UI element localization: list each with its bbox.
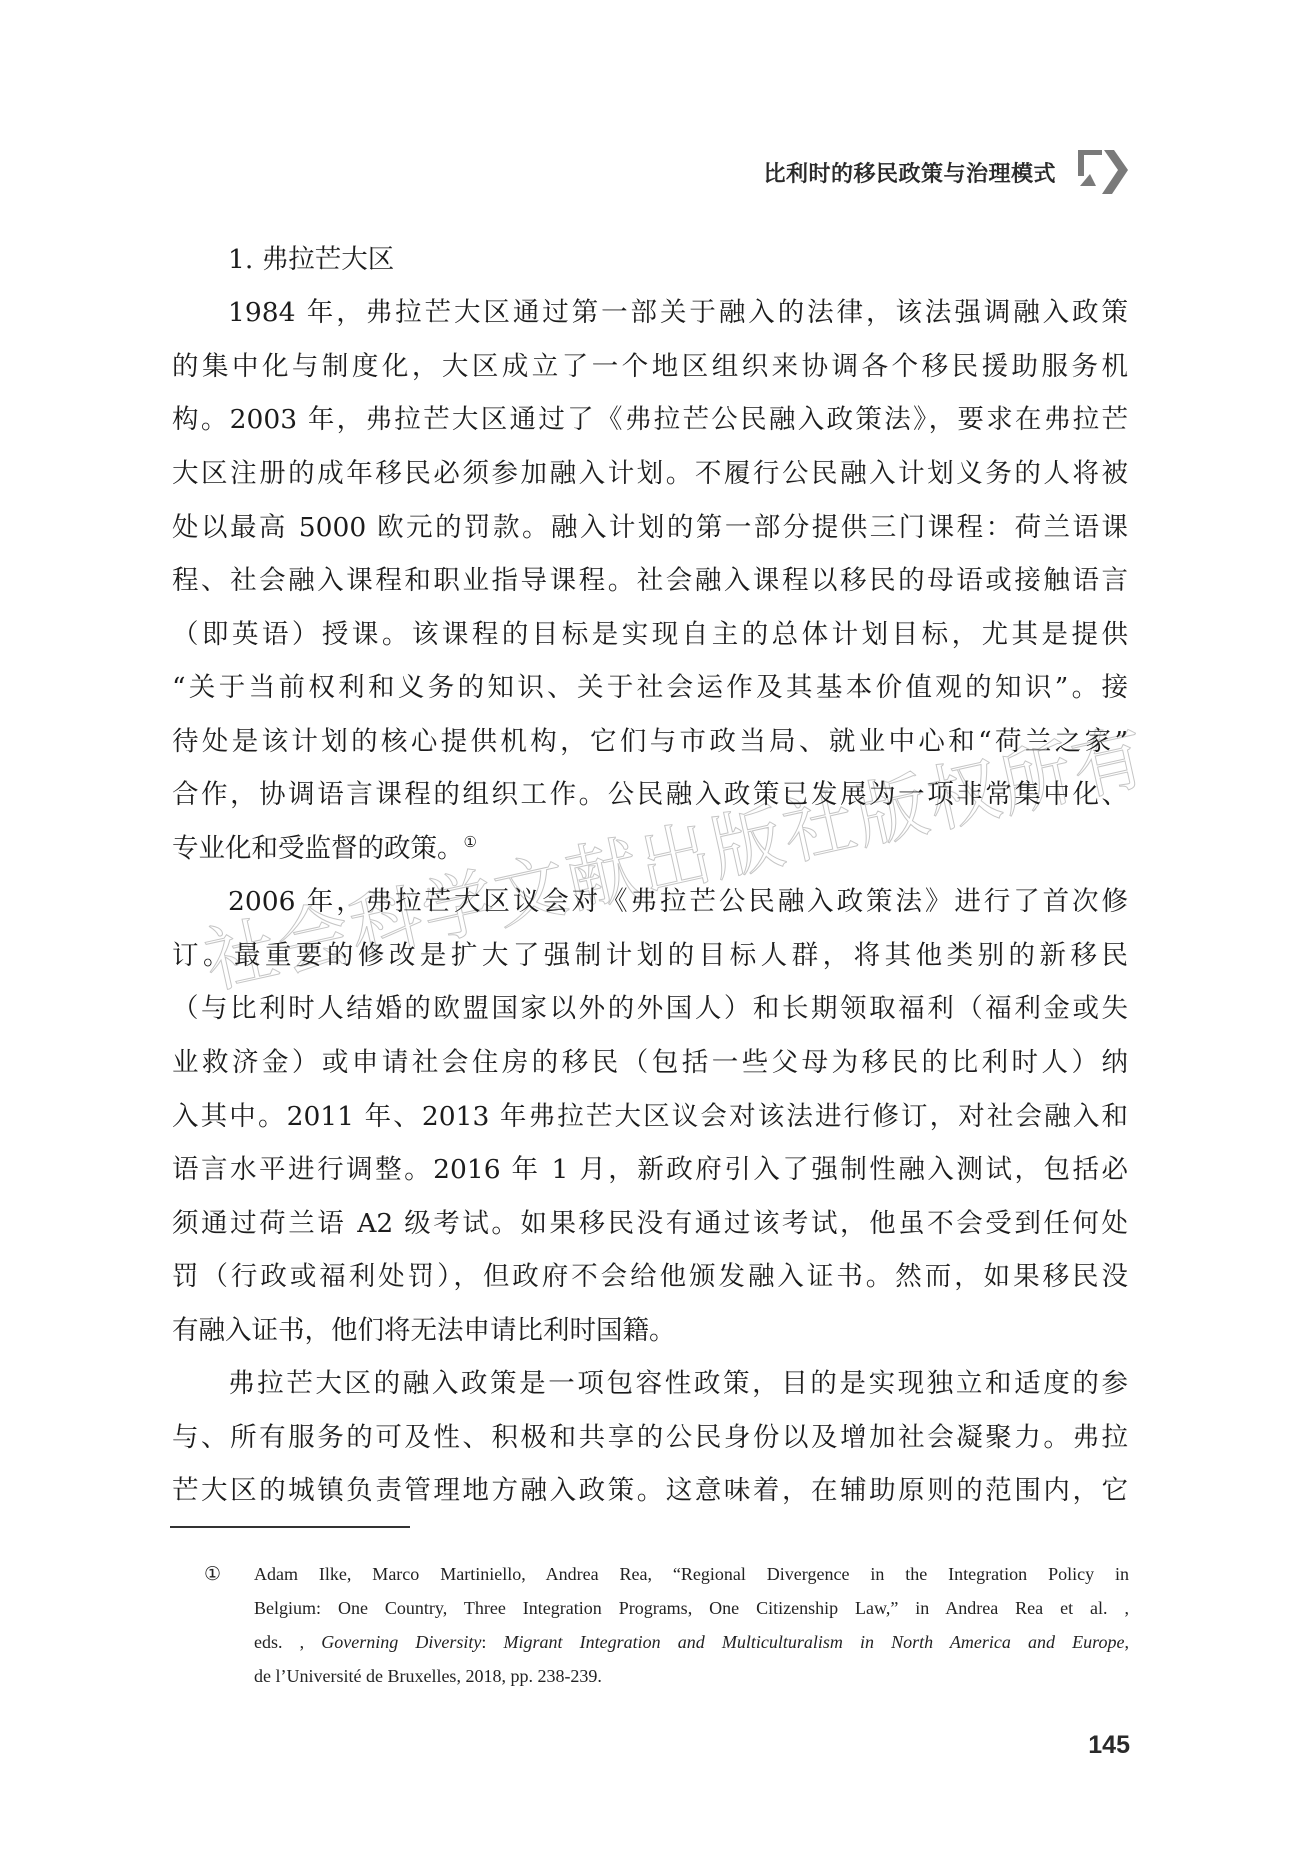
text-line-last: 专业化和受监督的政策。① — [172, 832, 1128, 866]
footnote-line: Belgium: One Country, Three Integration … — [254, 1594, 1129, 1622]
text-line: 语言水平进行调整。2016 年 1 月，新政府引入了强制性融入测试，包括必 — [172, 1153, 1128, 1187]
text-line: 业救济金）或申请社会住房的移民（包括一些父母为移民的比利时人）纳 — [172, 1046, 1128, 1080]
text-line: 入其中。2011 年、2013 年弗拉芒大区议会对该法进行修订，对社会融入和 — [172, 1100, 1128, 1134]
footnote-text: , — [1124, 1632, 1129, 1652]
text-line: “关于当前权利和义务的知识、关于社会运作及其基本价值观的知识”。接 — [172, 671, 1128, 705]
section-heading: 1. 弗拉芒大区 — [228, 243, 394, 277]
text-line: 合作，协调语言课程的组织工作。公民融入政策已发展为一项非常集中化、 — [172, 778, 1128, 812]
text-line: 2006 年，弗拉芒大区议会对《弗拉芒公民融入政策法》进行了首次修 — [228, 885, 1128, 919]
text-line: 待处是该计划的核心提供机构，它们与市政当局、就业中心和“荷兰之家” — [172, 725, 1128, 759]
book-subtitle: Migrant Integration and Multiculturalism… — [503, 1632, 1124, 1652]
footnote-line: Adam Ilke, Marco Martiniello, Andrea Rea… — [254, 1560, 1129, 1588]
footnote-reference-link[interactable]: ① — [464, 833, 477, 851]
text-line: 订。最重要的修改是扩大了强制计划的目标人群，将其他类别的新移民 — [172, 939, 1128, 973]
footnote-separator — [170, 1526, 410, 1528]
page-number: 145 — [1060, 1731, 1130, 1760]
footnote-line: eds. , Governing Diversity: Migrant Inte… — [254, 1628, 1129, 1656]
text-line: （与比利时人结婚的欧盟国家以外的外国人）和长期领取福利（福利金或失 — [172, 992, 1128, 1026]
text-line: 1984 年，弗拉芒大区通过第一部关于融入的法律，该法强调融入政策 — [228, 296, 1128, 330]
text-line: 专业化和受监督的政策。 — [172, 833, 464, 864]
text-line: 罚（行政或福利处罚），但政府不会给他颁发融入证书。然而，如果移民没 — [172, 1260, 1128, 1294]
running-head-title: 比利时的移民政策与治理模式 — [600, 157, 1056, 188]
text-line: 有融入证书，他们将无法申请比利时国籍。 — [172, 1314, 1128, 1348]
text-line: 弗拉芒大区的融入政策是一项包容性政策，目的是实现独立和适度的参 — [228, 1367, 1128, 1401]
text-line: 的集中化与制度化，大区成立了一个地区组织来协调各个移民援助服务机 — [172, 350, 1128, 384]
text-line: 构。2003 年，弗拉芒大区通过了《弗拉芒公民融入政策法》，要求在弗拉芒 — [172, 403, 1128, 437]
book-title: Governing Diversity — [321, 1632, 481, 1652]
text-line: 与、所有服务的可及性、积极和共享的公民身份以及增加社会凝聚力。弗拉 — [172, 1421, 1128, 1455]
text-line: 须通过荷兰语 A2 级考试。如果移民没有通过该考试，他虽不会受到任何处 — [172, 1207, 1128, 1241]
chapter-corner-arrow-icon — [1074, 146, 1132, 196]
text-line: 处以最高 5000 欧元的罚款。融入计划的第一部分提供三门课程：荷兰语课 — [172, 511, 1128, 545]
text-line: （即英语）授课。该课程的目标是实现自主的总体计划目标，尤其是提供 — [172, 618, 1128, 652]
footnote-text: eds. , — [254, 1632, 321, 1652]
footnote-text: : — [481, 1632, 503, 1652]
text-line: 芒大区的城镇负责管理地方融入政策。这意味着，在辅助原则的范围内，它 — [172, 1474, 1128, 1508]
footnote-line: de l’Université de Bruxelles, 2018, pp. … — [254, 1662, 1129, 1690]
text-line: 大区注册的成年移民必须参加融入计划。不履行公民融入计划义务的人将被 — [172, 457, 1128, 491]
text-line: 程、社会融入课程和职业指导课程。社会融入课程以移民的母语或接触语言 — [172, 564, 1128, 598]
footnote-marker: ① — [204, 1560, 221, 1588]
